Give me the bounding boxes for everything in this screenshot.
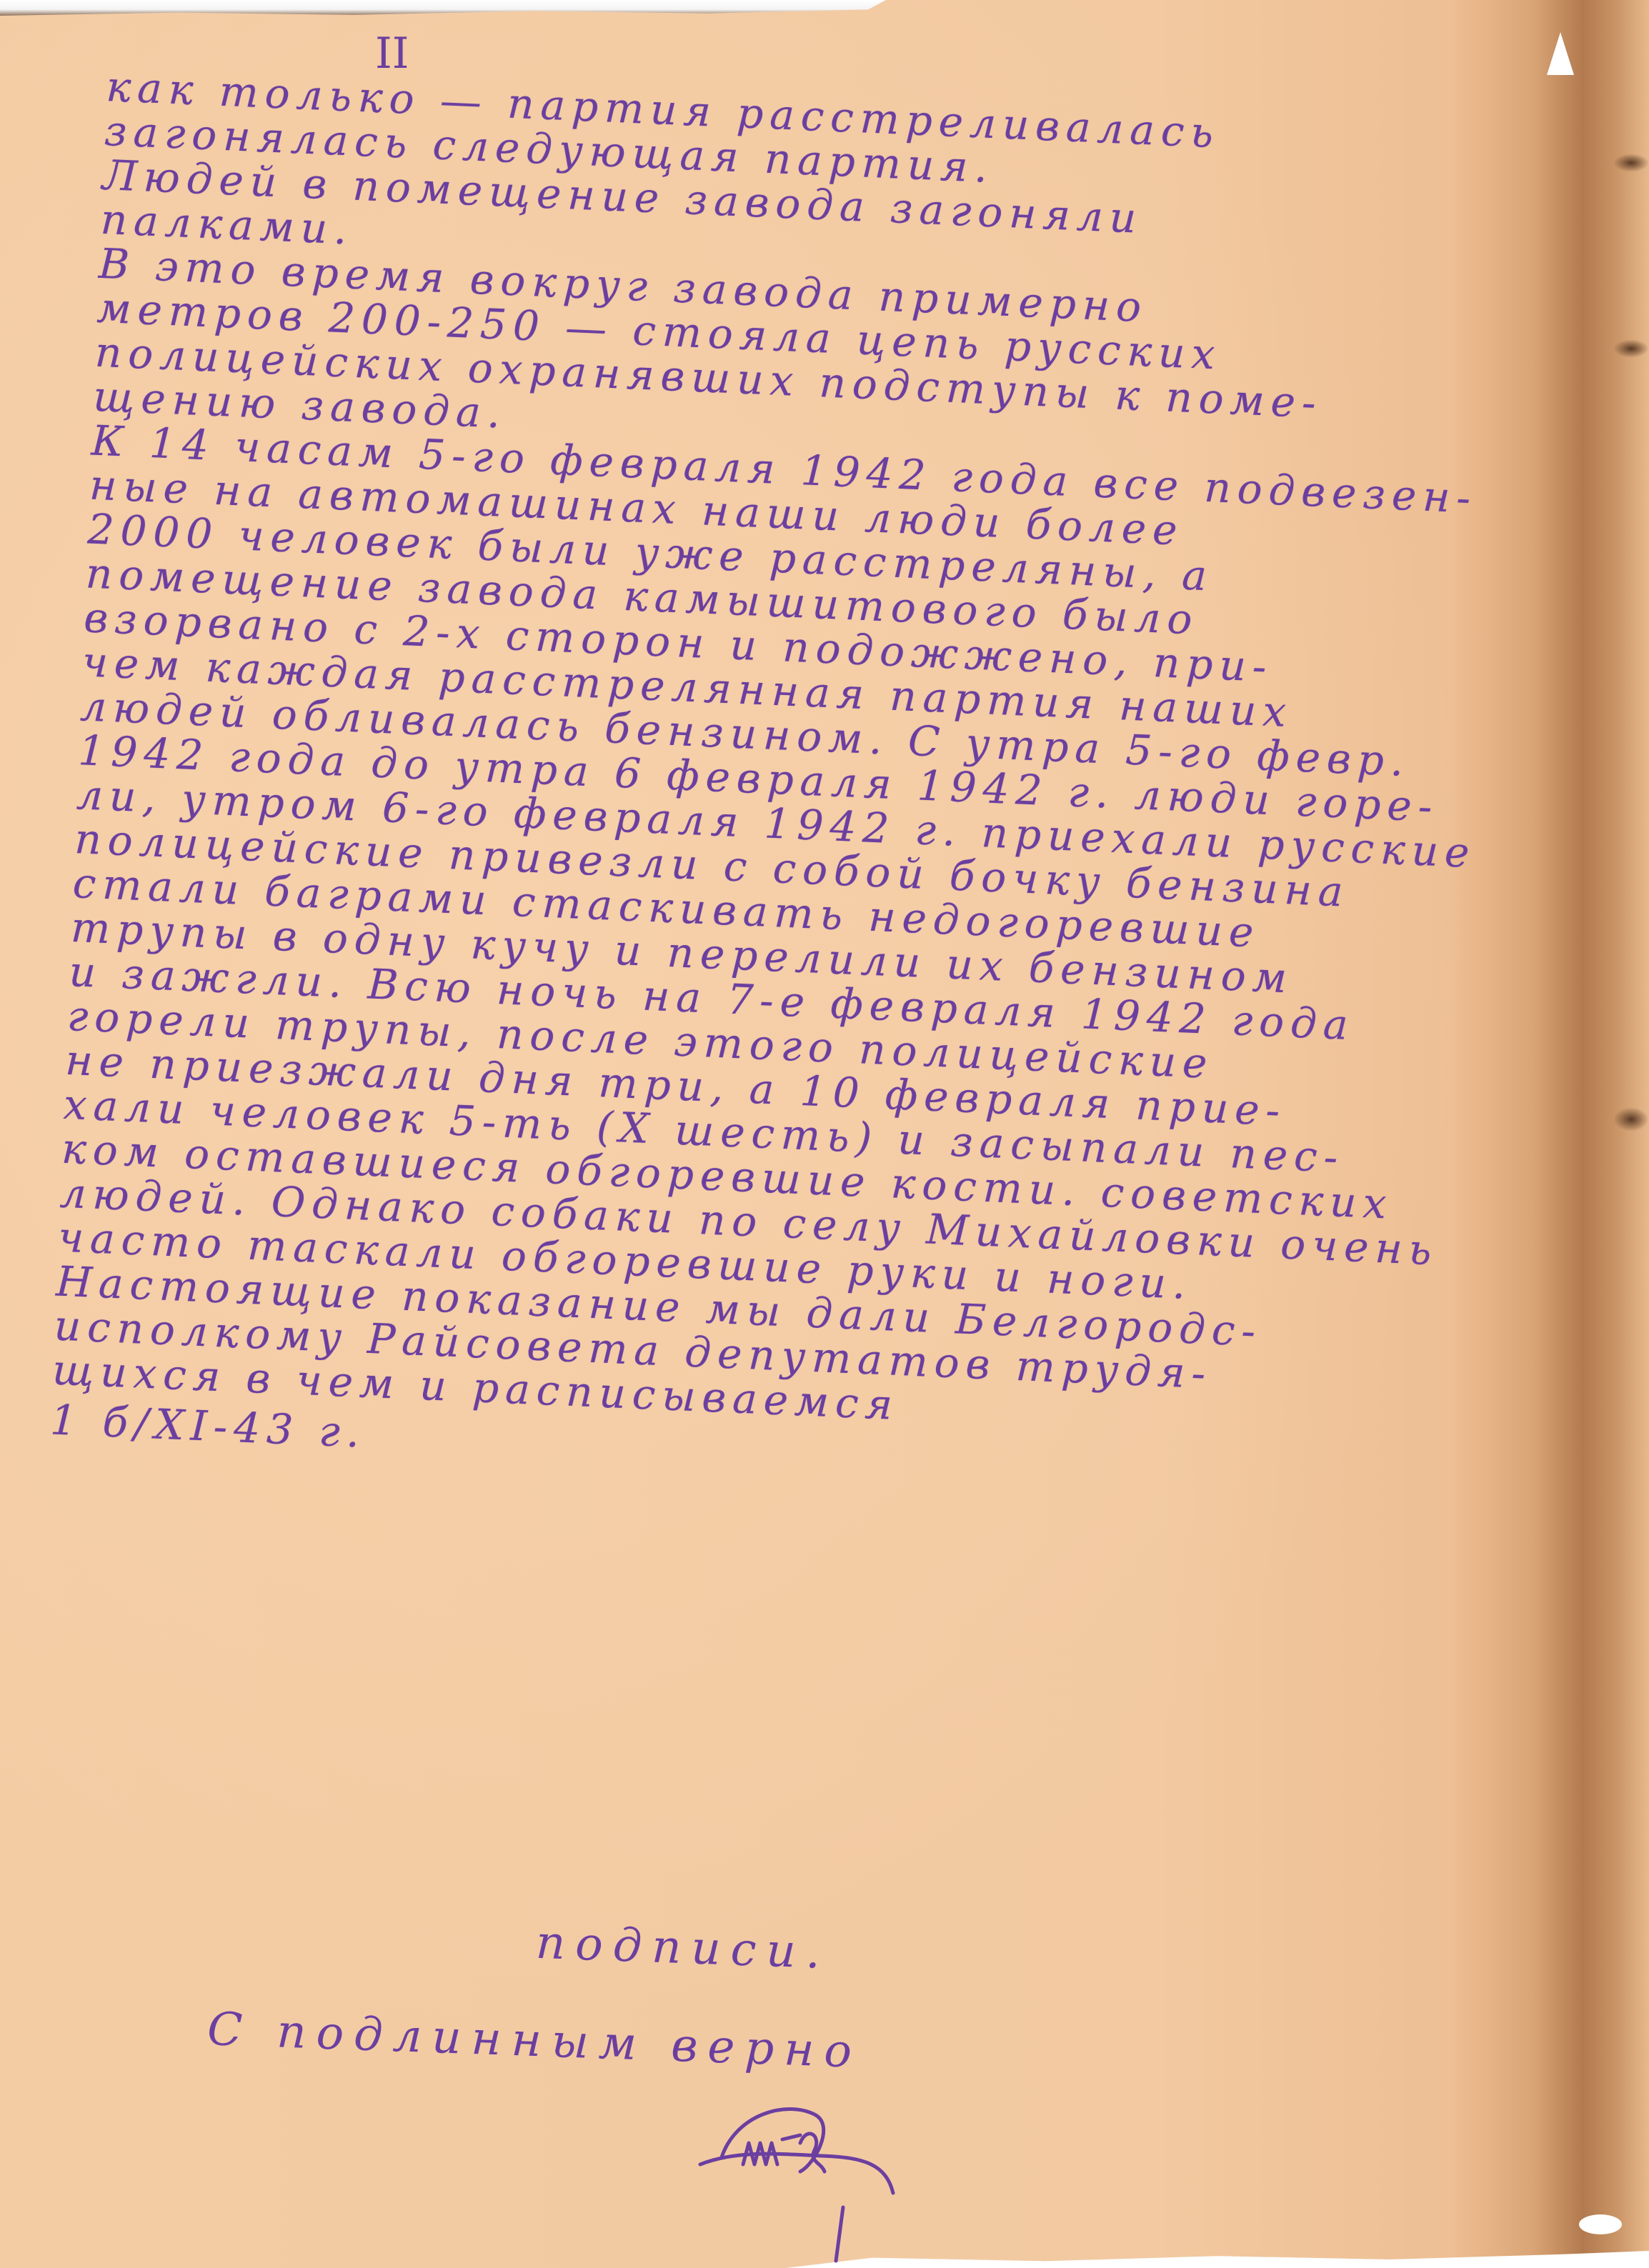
certified-true-copy-label: С подлинным верно bbox=[206, 2003, 862, 2079]
handwritten-testimony-body: как только — партия расстреливалась заго… bbox=[49, 64, 1620, 1505]
torn-top-edge bbox=[0, 0, 886, 16]
binding-thread-knot bbox=[1613, 339, 1649, 358]
document-page: II как только — партия расстреливалась з… bbox=[0, 0, 1649, 2268]
binding-thread-knot bbox=[1613, 1107, 1649, 1131]
page-marker: II bbox=[375, 29, 409, 79]
signatures-label: подписи. bbox=[535, 1917, 831, 1979]
punch-hole-bottom bbox=[1579, 2214, 1622, 2234]
signature-icon bbox=[693, 2100, 936, 2264]
punch-hole-top bbox=[1547, 32, 1574, 75]
